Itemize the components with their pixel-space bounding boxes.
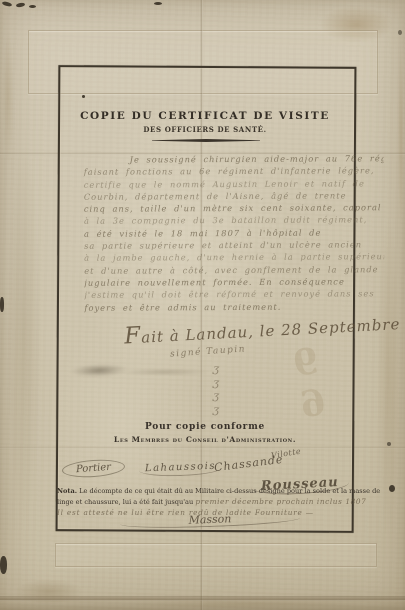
ditto-flourish-mark: ʒ: [212, 402, 220, 416]
ink-speck: [389, 485, 395, 492]
ditto-flourish-mark: ʒ: [212, 362, 220, 376]
council-members-label: Les Membres du Conseil d'Administration.: [57, 435, 353, 444]
ditto-flourish-mark: ʒ: [212, 375, 220, 389]
certificate-title: COPIE DU CERTIFICAT DE VISITE: [45, 110, 365, 122]
document-photo: COPIE DU CERTIFICAT DE VISITE DES OFFICI…: [0, 0, 405, 610]
ink-speck: [387, 442, 391, 446]
handwritten-line: Courbin, département de l'Aisne, âgé de …: [84, 189, 384, 203]
ditto-flourishes: ʒ ʒ ʒ ʒ: [213, 362, 219, 416]
ink-smudge-streak: [120, 369, 210, 375]
ditto-flourish-mark: ʒ: [212, 389, 220, 403]
embossed-impression-bottom: [55, 543, 377, 567]
certificate-subtitle: DES OFFICIERS DE SANTÉ.: [45, 125, 365, 134]
handwritten-line: à la 3e compagnie du 3e bataillon dudit …: [84, 214, 384, 228]
handwritten-line: j'estime qu'il doit être réformé et renv…: [84, 287, 384, 301]
nota-handwritten-continuation: premier décembre prochain inclus 1807: [195, 497, 366, 506]
handwritten-body: Je soussigné chirurgien aide-major au 76…: [84, 152, 385, 313]
ink-speck: [0, 297, 4, 312]
ink-speck: [154, 2, 162, 5]
ink-speck: [0, 556, 7, 574]
nota-label: Nota.: [57, 487, 77, 495]
handwritten-line: et d'une autre à côté, avec gonflement d…: [84, 263, 384, 277]
paper-bottom-edge: [0, 596, 405, 610]
ink-speck: [82, 95, 85, 98]
ink-speck: [29, 5, 36, 8]
ink-speck: [398, 30, 402, 35]
